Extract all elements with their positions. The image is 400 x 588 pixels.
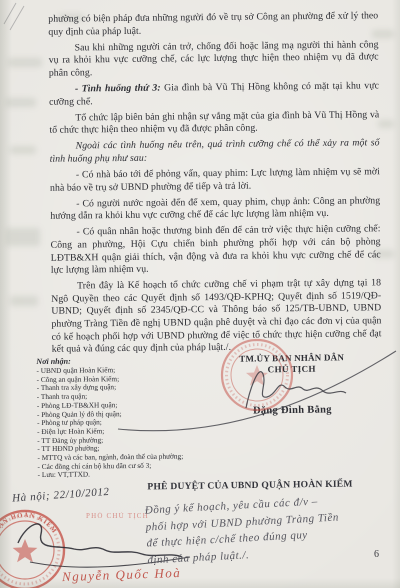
deputy-title-stamp-text: PHÓ CHỦ TỊCH: [86, 512, 149, 520]
document-content: phường có biện pháp đưa những người đó v…: [48, 10, 382, 360]
red-round-stamp-icon: QUẬN HOÀN KIẾM: [0, 507, 70, 588]
body-paragraph: - Tình huống thứ 3: Gia đình bà Vũ Thị H…: [49, 80, 379, 109]
signature-title: CHỦ TỊCH: [202, 363, 382, 376]
signature-block: TM.ỦY BAN NHÂN DÂN CHỦ TỊCH Đặng Đình Bằ…: [202, 352, 383, 418]
stamp-inner-ring: [0, 521, 54, 579]
stamp-outer-ring: [0, 511, 64, 588]
body-paragraph: Trên đây là Kế hoạch tổ chức cưỡng chế v…: [51, 278, 382, 357]
approver-name-handwritten: Nguyễn Quốc Hoà: [62, 565, 182, 585]
scanned-document-page: phường có biện pháp đưa những người đó v…: [0, 0, 400, 588]
pencil-mark: [0, 0, 40, 40]
bleedthrough-mark: [378, 120, 394, 128]
body-paragraph: - Có nhà báo tới để phỏng vấn, quay phim…: [50, 166, 380, 195]
stamp-star: [13, 539, 38, 562]
pencil-stroke: [4, 3, 24, 30]
body-paragraph: phường có biện pháp đưa những người đó v…: [48, 10, 378, 39]
bleedthrough-mark: [6, 98, 36, 107]
bleedthrough-mark: [6, 228, 40, 246]
body-paragraph: Tổ chức lập biên bản ghi nhận sự vắng mặ…: [49, 109, 379, 138]
body-paragraph: - Có quân nhân hoặc thương binh đến để c…: [50, 224, 381, 278]
bleedthrough-mark: [8, 58, 42, 67]
handwritten-date: Hà nội; 22/10/2012: [12, 481, 172, 504]
bleedthrough-mark: [10, 146, 36, 154]
body-paragraphs: phường có biện pháp đưa những người đó v…: [48, 10, 382, 356]
recipient-item: - Lưu: VT,TTXD.: [38, 469, 238, 480]
signature-name: Đặng Đình Bằng: [202, 404, 382, 418]
stamp-ring-text-path: QUẬN HOÀN KIẾM: [0, 511, 58, 539]
body-paragraph: Sau khi những người cản trở, chống đối h…: [48, 39, 378, 80]
bleedthrough-mark: [10, 296, 38, 306]
stamp-ring-text: QUẬN HOÀN KIẾM: [0, 511, 58, 539]
stamp-lower-text-illegible: [0, 516, 59, 584]
body-paragraph: - Có người nước ngoài đến để xem, quay p…: [50, 195, 380, 224]
body-paragraph: Ngoài các tình huống nêu trên, quá trình…: [50, 138, 380, 167]
handwritten-note: Đồng ý kế hoạch, yêu cầu các đ/v –phối h…: [144, 490, 397, 569]
paragraph-lead: - Tình huống thứ 3:: [75, 83, 161, 95]
